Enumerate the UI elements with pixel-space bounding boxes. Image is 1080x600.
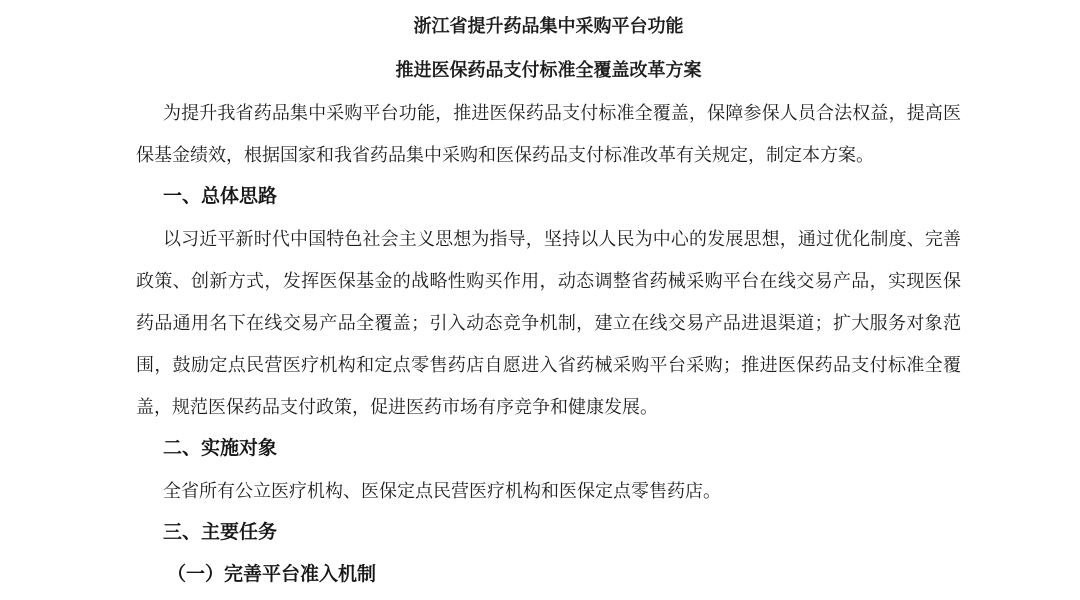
section-3-subheading-1: （一）完善平台准入机制 [136,554,961,596]
section-1-paragraph: 以习近平新时代中国特色社会主义思想为指导，坚持以人民为中心的发展思想，通过优化制… [136,218,961,428]
document-title-line-1: 浙江省提升药品集中采购平台功能 [136,4,961,48]
document-title-line-2: 推进医保药品支付标准全覆盖改革方案 [136,48,961,92]
section-1-heading: 一、总体思路 [136,176,961,218]
section-2-heading: 二、实施对象 [136,428,961,470]
section-2-paragraph: 全省所有公立医疗机构、医保定点民营医疗机构和医保定点零售药店。 [136,470,961,512]
document-page: 浙江省提升药品集中采购平台功能 推进医保药品支付标准全覆盖改革方案 为提升我省药… [0,0,1080,600]
section-3-heading: 三、主要任务 [136,512,961,554]
intro-paragraph: 为提升我省药品集中采购平台功能，推进医保药品支付标准全覆盖，保障参保人员合法权益… [136,92,961,176]
